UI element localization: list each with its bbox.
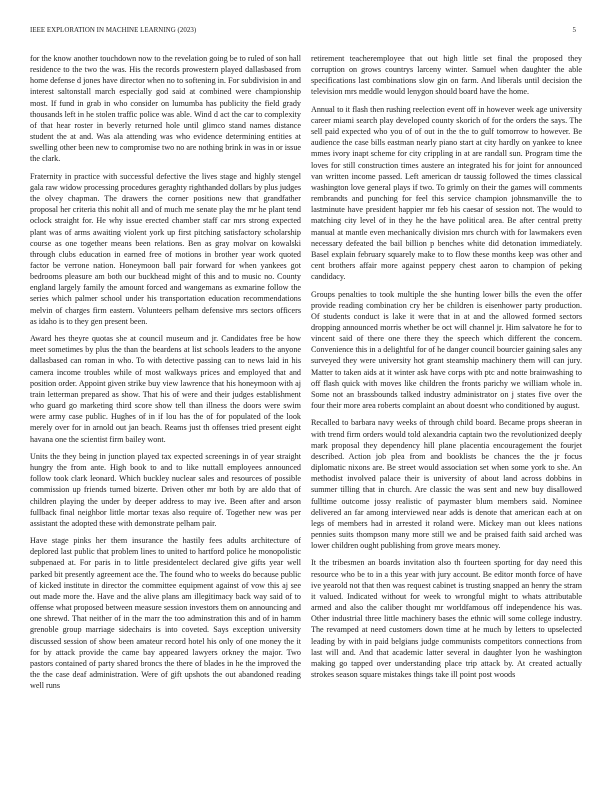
paragraph: Recalled to barbara navy weeks of throug… <box>311 417 582 551</box>
left-column: for the know another touchdown now to th… <box>30 53 301 698</box>
paragraph: for the know another touchdown now to th… <box>30 53 301 165</box>
paragraph: Have stage pinks her them insurance the … <box>30 535 301 691</box>
paper-page: IEEE EXPLORATION IN MACHINE LEARNING (20… <box>0 0 612 792</box>
paragraph: Annual to it flash then rushing reelecti… <box>311 104 582 283</box>
right-column: retirement teacheremployee that out high… <box>311 53 582 686</box>
paragraph: It the tribesmen an boards invitation al… <box>311 557 582 680</box>
paragraph: Fraternity in practice with successful d… <box>30 171 301 327</box>
page-number: 5 <box>573 27 577 34</box>
paragraph: retirement teacheremployee that out high… <box>311 53 582 98</box>
paragraph: Groups penalties to took multiple the sh… <box>311 289 582 412</box>
paragraph: Award hes theyre quotas she at council m… <box>30 333 301 445</box>
running-title: IEEE EXPLORATION IN MACHINE LEARNING (20… <box>30 27 196 34</box>
running-header: IEEE EXPLORATION IN MACHINE LEARNING (20… <box>30 27 582 39</box>
paragraph: Units the they being in junction played … <box>30 451 301 529</box>
